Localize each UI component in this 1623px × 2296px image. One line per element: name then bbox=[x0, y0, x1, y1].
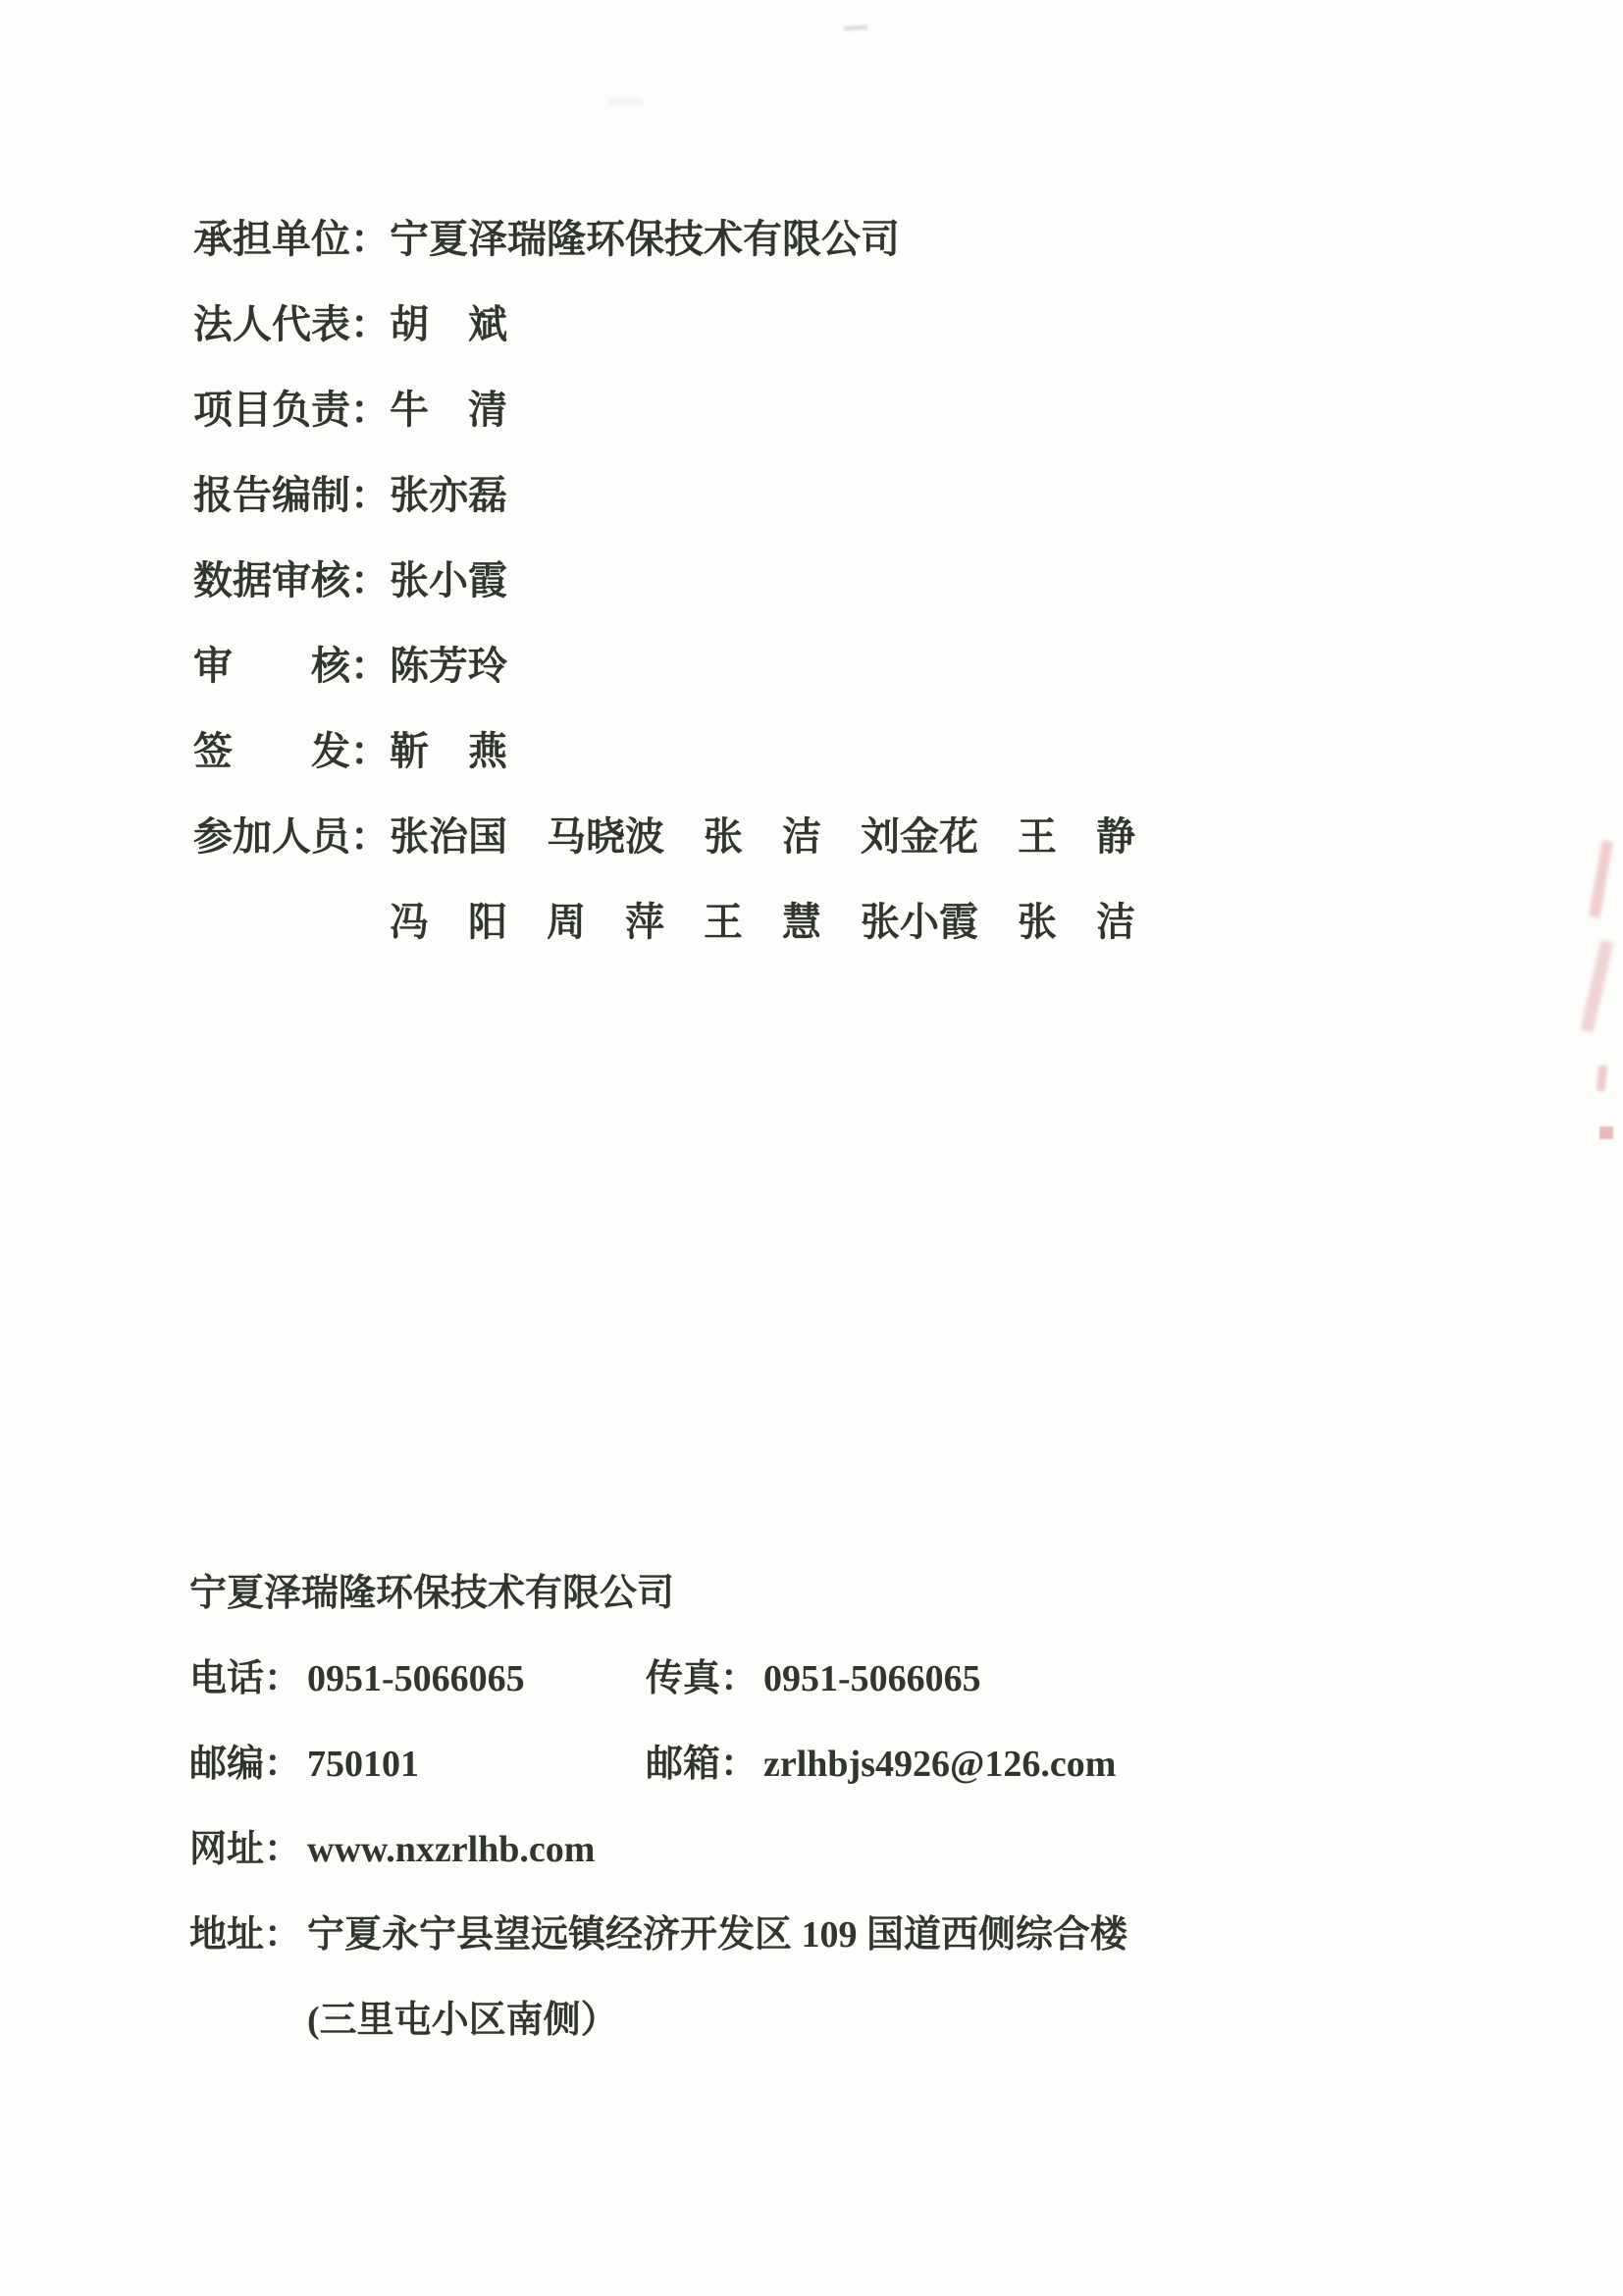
legal-representative-label: 法人代表： bbox=[193, 282, 390, 367]
report-credits-section: 承担单位： 宁夏泽瑞隆环保技术有限公司 法人代表： 胡 斌 项目负责： 牛 清 … bbox=[193, 196, 1135, 965]
address-line-2: (三里屯小区南侧） bbox=[307, 1978, 618, 2063]
company-contact-section: 宁夏泽瑞隆环保技术有限公司 电话： 0951-5066065 传真： 0951-… bbox=[189, 1551, 1127, 2063]
data-reviewer-value: 张小霞 bbox=[390, 538, 507, 623]
phone-fax-row: 电话： 0951-5066065 传真： 0951-5066065 bbox=[189, 1637, 1127, 1722]
scan-speck-artifact bbox=[844, 25, 867, 31]
undertaking-unit-row: 承担单位： 宁夏泽瑞隆环保技术有限公司 bbox=[193, 196, 1135, 282]
postcode-label: 邮编： bbox=[189, 1722, 307, 1807]
postcode-email-row: 邮编： 750101 邮箱： zrlhbjs4926@126.com bbox=[189, 1722, 1127, 1807]
participants-label: 参加人员： bbox=[193, 794, 390, 965]
phone-label: 电话： bbox=[189, 1637, 307, 1722]
data-reviewer-label: 数据审核： bbox=[193, 538, 390, 623]
issuer-value: 靳 燕 bbox=[390, 708, 507, 794]
red-bleedthrough-artifact bbox=[1589, 841, 1612, 918]
data-reviewer-row: 数据审核： 张小霞 bbox=[193, 538, 1135, 623]
scanned-document-page: 承担单位： 宁夏泽瑞隆环保技术有限公司 法人代表： 胡 斌 项目负责： 牛 清 … bbox=[0, 0, 1623, 2296]
address-row: 地址： 宁夏永宁县望远镇经济开发区 109 国道西侧综合楼 bbox=[189, 1893, 1127, 1978]
reviewer-value: 陈芳玲 bbox=[390, 623, 507, 708]
participants-names: 张治国 马晓波 张 洁 刘金花 王 静 冯 阳 周 萍 王 慧 张小霞 张 洁 bbox=[390, 794, 1135, 965]
reviewer-label: 审 核： bbox=[193, 623, 390, 708]
fax-label: 传真： bbox=[646, 1637, 763, 1722]
undertaking-unit-value: 宁夏泽瑞隆环保技术有限公司 bbox=[390, 196, 900, 282]
project-leader-value: 牛 清 bbox=[390, 367, 507, 452]
issuer-row: 签 发： 靳 燕 bbox=[193, 708, 1135, 794]
phone-value: 0951-5066065 bbox=[307, 1637, 525, 1722]
reviewer-row: 审 核： 陈芳玲 bbox=[193, 623, 1135, 708]
issuer-label: 签 发： bbox=[193, 708, 390, 794]
email-pair: 邮箱： zrlhbjs4926@126.com bbox=[646, 1722, 1116, 1807]
website-label: 网址： bbox=[189, 1807, 307, 1893]
project-leader-row: 项目负责： 牛 清 bbox=[193, 367, 1135, 452]
email-value: zrlhbjs4926@126.com bbox=[763, 1722, 1116, 1807]
fax-pair: 传真： 0951-5066065 bbox=[646, 1637, 981, 1722]
report-compiler-label: 报告编制： bbox=[193, 452, 390, 538]
postcode-value: 750101 bbox=[307, 1722, 419, 1807]
participants-row: 参加人员： 张治国 马晓波 张 洁 刘金花 王 静 冯 阳 周 萍 王 慧 张小… bbox=[193, 794, 1135, 965]
project-leader-label: 项目负责： bbox=[193, 367, 390, 452]
address-label: 地址： bbox=[189, 1893, 307, 1978]
participants-line-1: 张治国 马晓波 张 洁 刘金花 王 静 bbox=[390, 794, 1135, 879]
website-value: www.nxzrlhb.com bbox=[307, 1807, 595, 1893]
address-line-1: 宁夏永宁县望远镇经济开发区 109 国道西侧综合楼 bbox=[307, 1893, 1127, 1978]
legal-representative-value: 胡 斌 bbox=[390, 282, 507, 367]
company-name-row: 宁夏泽瑞隆环保技术有限公司 bbox=[189, 1551, 1127, 1637]
red-bleedthrough-artifact bbox=[1599, 1126, 1613, 1139]
scan-speck-artifact bbox=[606, 98, 644, 105]
address-continuation-row: (三里屯小区南侧） bbox=[189, 1978, 1127, 2063]
website-row: 网址： www.nxzrlhb.com bbox=[189, 1807, 1127, 1893]
red-bleedthrough-artifact bbox=[1581, 940, 1614, 1033]
fax-value: 0951-5066065 bbox=[763, 1637, 981, 1722]
report-compiler-value: 张亦磊 bbox=[390, 452, 507, 538]
postcode-pair: 邮编： 750101 bbox=[189, 1722, 646, 1807]
participants-line-2: 冯 阳 周 萍 王 慧 张小霞 张 洁 bbox=[390, 879, 1135, 965]
phone-pair: 电话： 0951-5066065 bbox=[189, 1637, 646, 1722]
legal-representative-row: 法人代表： 胡 斌 bbox=[193, 282, 1135, 367]
red-bleedthrough-artifact bbox=[1597, 1066, 1608, 1092]
company-name: 宁夏泽瑞隆环保技术有限公司 bbox=[189, 1551, 674, 1637]
undertaking-unit-label: 承担单位： bbox=[193, 196, 390, 282]
report-compiler-row: 报告编制： 张亦磊 bbox=[193, 452, 1135, 538]
email-label: 邮箱： bbox=[646, 1722, 763, 1807]
